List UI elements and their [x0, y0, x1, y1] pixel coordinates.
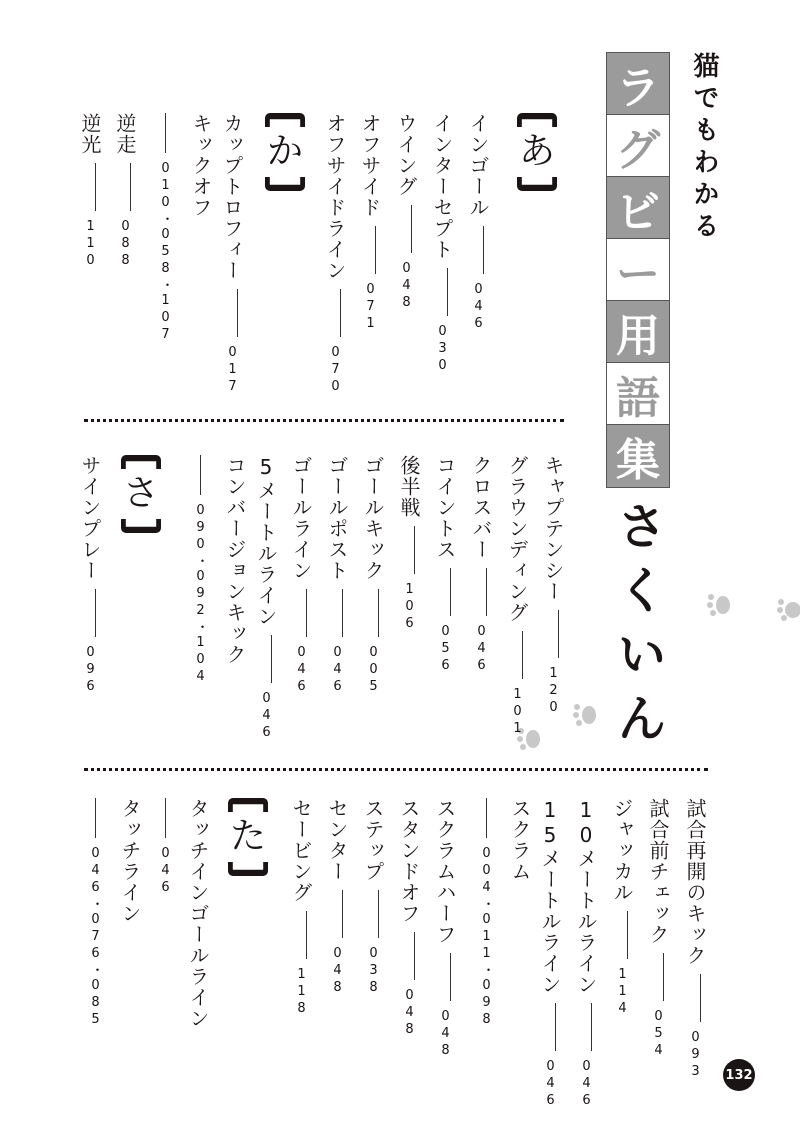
leader-line: [200, 455, 201, 495]
entry-term: インターセプト: [430, 113, 454, 260]
index-entry: グラウンディング101: [507, 455, 537, 738]
entry-pages: 046: [474, 624, 489, 675]
leader-line: [95, 589, 96, 637]
entry-term: キックオフ: [189, 113, 213, 218]
index-entry: ジャッカル114: [612, 798, 642, 1018]
index-entry: オフサイドライン070: [325, 113, 355, 396]
paw-print-icon: [776, 596, 800, 624]
entry-pages: 046: [330, 645, 345, 696]
leader-line: [447, 268, 448, 316]
entry-pages: 118: [294, 967, 309, 1018]
leader-line: [486, 798, 487, 838]
leader-line: [165, 113, 166, 153]
entry-pages: 004・011・098: [479, 846, 494, 1029]
entry-term: センター: [325, 798, 349, 882]
entry-pages: 046: [294, 645, 309, 696]
index-entry: インゴール046: [468, 113, 498, 333]
entry-term: 逆走: [113, 113, 137, 155]
paw-print-icon: [706, 590, 732, 618]
entry-pages: 010・058・107: [158, 161, 173, 344]
entry-term: タッチライン: [118, 798, 142, 924]
entry-pages: 110: [83, 219, 98, 270]
kana-heading-a: あ: [517, 113, 557, 191]
index-entry: 試合前チェック054: [648, 798, 678, 1060]
entry-term: オフサイド: [358, 113, 382, 218]
leader-line: [306, 589, 307, 637]
entry-term: ゴールライン: [289, 455, 313, 581]
entry-pages: 048: [438, 1009, 453, 1060]
index-entry: スタンドオフ048: [399, 798, 429, 1039]
entry-pages: 093: [688, 1030, 703, 1081]
index-entry: 試合再開のキック093: [685, 798, 715, 1081]
kana-heading-ka: か: [265, 113, 305, 191]
leader-line: [342, 589, 343, 637]
title-char: ー: [607, 239, 669, 301]
leader-line: [378, 589, 379, 637]
entry-pages: 048: [402, 988, 417, 1039]
entry-pages: 046: [471, 282, 486, 333]
page-number-badge: 132: [723, 1059, 755, 1091]
index-entry: スクラム: [505, 798, 535, 882]
entry-term: スクラムハーフ: [433, 798, 457, 945]
entry-term: ゴールキック: [361, 455, 385, 581]
leader-line: [340, 289, 341, 337]
entry-pages: 046: [543, 1059, 558, 1110]
entry-pages: 005: [366, 645, 381, 696]
entry-pages: 046: [158, 846, 173, 897]
index-entry: オフサイド071: [360, 113, 390, 333]
entry-term: スクラム: [508, 798, 532, 882]
entry-pages: 046: [259, 691, 274, 742]
entry-pages: 048: [399, 261, 414, 312]
entry-term: 15メートルライン: [538, 798, 562, 995]
entry-term: 試合再開のキック: [683, 798, 707, 966]
leader-line: [486, 568, 487, 616]
leader-line: [483, 226, 484, 274]
entry-pages: 101: [510, 687, 525, 738]
index-entry-pages: 004・011・098: [476, 798, 496, 1029]
index-entry: 10メートルライン046: [576, 798, 606, 1110]
index-entry: ゴールキック005: [363, 455, 393, 696]
index-entry: タッチインゴールライン: [183, 798, 213, 1029]
leader-line: [558, 610, 559, 658]
entry-pages: 046: [579, 1059, 594, 1110]
entry-pages: 120: [546, 666, 561, 717]
entry-term: コンバージョンキック: [223, 455, 247, 665]
entry-pages: 056: [438, 624, 453, 675]
entry-pages: 106: [402, 582, 417, 633]
leader-line: [700, 974, 701, 1022]
index-entry: キャプテンシー120: [543, 455, 573, 717]
index-entry: カップトロフィー017: [222, 113, 252, 396]
index-entry: 後半戦106: [399, 455, 429, 633]
entry-pages: 090・092・104: [193, 503, 208, 686]
dotted-divider: [84, 419, 564, 422]
entry-term: 試合前チェック: [646, 798, 670, 945]
entry-pages: 071: [363, 282, 378, 333]
leader-line: [522, 631, 523, 679]
leader-line: [306, 911, 307, 959]
leader-line: [165, 798, 166, 838]
index-entry: ゴールポスト046: [327, 455, 357, 696]
entry-pages: 070: [328, 345, 343, 396]
entry-pages: 054: [651, 1009, 666, 1060]
leader-line: [342, 890, 343, 938]
index-entry: ゴールライン046: [291, 455, 321, 696]
entry-pages: 088: [118, 219, 133, 270]
index-entry: インターセプト030: [432, 113, 462, 375]
leader-line: [130, 163, 131, 211]
entry-pages: 046・076・085: [88, 846, 103, 1029]
index-entry: センター048: [327, 798, 357, 997]
index-entry: コンバージョンキック: [220, 455, 250, 665]
index-entry: 15メートルライン046: [540, 798, 570, 1110]
entry-term: オフサイドライン: [323, 113, 347, 281]
leader-line: [414, 526, 415, 574]
entry-pages: 096: [83, 645, 98, 696]
leader-line: [627, 911, 628, 959]
title-char: ラ: [607, 53, 669, 115]
entry-term: インゴール: [466, 113, 490, 218]
title-box: ラ グ ビ ー 用 語 集: [606, 52, 670, 488]
title-char: グ: [607, 115, 669, 177]
entry-term: 逆光: [78, 113, 102, 155]
entry-term: ゴールポスト: [325, 455, 349, 581]
leader-line: [375, 226, 376, 274]
entry-term: コイントス: [433, 455, 457, 560]
entry-term: セービング: [289, 798, 313, 903]
index-entry: スクラムハーフ048: [435, 798, 465, 1060]
entry-term: ステップ: [361, 798, 385, 882]
entry-pages: 114: [615, 967, 630, 1018]
entry-term: 後半戦: [397, 455, 421, 518]
index-entry: ステップ038: [363, 798, 393, 997]
entry-term: サインプレー: [78, 455, 102, 581]
entry-term: タッチインゴールライン: [186, 798, 210, 1029]
index-entry: コイントス056: [435, 455, 465, 675]
index-entry: 逆走088: [115, 113, 145, 270]
leader-line: [450, 953, 451, 1001]
index-entry: 5メートルライン046: [256, 455, 286, 742]
entry-pages: 017: [225, 345, 240, 396]
entry-term: ジャッカル: [610, 798, 634, 903]
index-entry-pages: 046・076・085: [85, 798, 105, 1029]
title-char: ビ: [607, 177, 669, 239]
kana-heading-sa: さ: [121, 455, 161, 533]
index-entry: クロスバー046: [471, 455, 501, 675]
kana-heading-ta: た: [228, 798, 268, 876]
paw-print-icon: [572, 700, 598, 728]
leader-line: [450, 568, 451, 616]
leader-line: [663, 953, 664, 1001]
entry-pages: 048: [330, 946, 345, 997]
index-entry: 逆光110: [80, 113, 110, 270]
entry-term: スタンドオフ: [397, 798, 421, 924]
entry-term: カップトロフィー: [220, 113, 244, 281]
leader-line: [411, 205, 412, 253]
entry-term: 5メートルライン: [254, 455, 278, 627]
title-char: 語: [607, 363, 669, 425]
entry-term: キャプテンシー: [541, 455, 565, 602]
index-entry-pages: 046: [155, 798, 175, 897]
index-entry: サインプレー096: [80, 455, 110, 696]
index-entry: キックオフ: [186, 113, 216, 218]
entry-term: 10メートルライン: [574, 798, 598, 995]
section-title: さくいん: [608, 500, 668, 756]
leader-line: [414, 932, 415, 980]
leader-line: [95, 798, 96, 838]
book-subtitle: 猫でもわかる: [684, 52, 724, 244]
leader-line: [555, 1003, 556, 1051]
leader-line: [591, 1003, 592, 1051]
index-entry: ウイング048: [396, 113, 426, 312]
entry-term: グラウンディング: [505, 455, 529, 623]
dotted-divider: [84, 768, 708, 771]
title-char: 用: [607, 301, 669, 363]
index-entry-pages: 010・058・107: [155, 113, 175, 344]
leader-line: [271, 635, 272, 683]
entry-term: ウイング: [394, 113, 418, 197]
leader-line: [237, 289, 238, 337]
leader-line: [95, 163, 96, 211]
entry-term: クロスバー: [469, 455, 493, 560]
entry-pages: 038: [366, 946, 381, 997]
leader-line: [378, 890, 379, 938]
title-char: 集: [607, 425, 669, 487]
index-entry: タッチライン: [115, 798, 145, 924]
index-entry-pages: 090・092・104: [190, 455, 210, 686]
index-entry: セービング118: [291, 798, 321, 1018]
entry-pages: 030: [435, 324, 450, 375]
